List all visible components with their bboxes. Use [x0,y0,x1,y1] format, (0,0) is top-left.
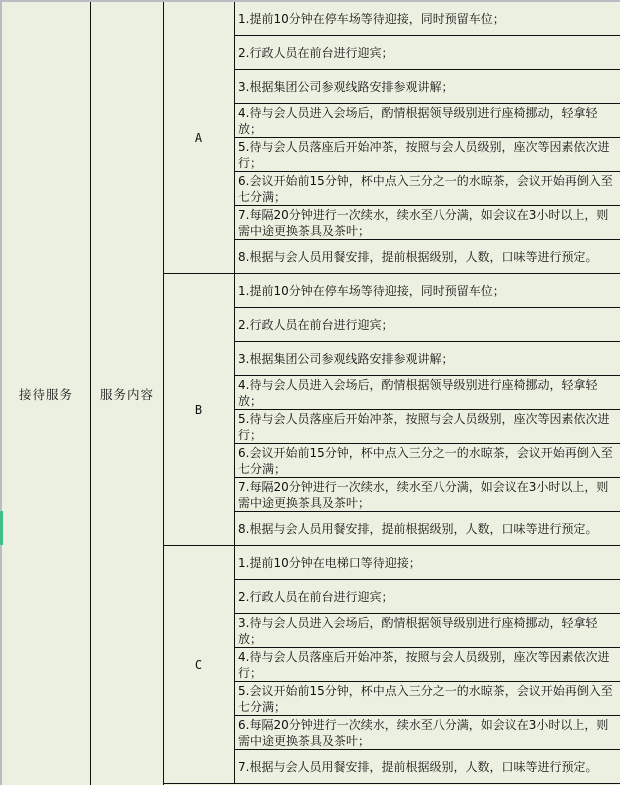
list-item[interactable]: 8.根据与会人员用餐安排，提前根据级别，人数，口味等进行预定。 [235,240,620,273]
list-item[interactable]: 6.每隔20分钟进行一次续水，续水至八分满，如会议在3小时以上，则需中途更换茶具… [235,716,620,750]
item-text: 8.根据与会人员用餐安排，提前根据级别，人数，口味等进行预定。 [238,521,597,537]
spreadsheet: 接待服务 服务内容 A 1.提前10分钟在停车场等待迎接，同时预留车位； 2.行… [0,0,620,785]
section-label: B [195,403,202,417]
category-label: 接待服务 [19,385,73,403]
list-item[interactable]: 7.每隔20分钟进行一次续水，续水至八分满，如会议在3小时以上，则需中途更换茶具… [235,478,620,512]
list-item[interactable]: 2.行政人员在前台进行迎宾； [235,308,620,342]
list-item[interactable]: 4.待与会人员进入会场后，酌情根据领导级别进行座椅挪动，轻拿轻放； [235,376,620,410]
list-item[interactable]: 8.根据与会人员用餐安排，提前根据级别，人数，口味等进行预定。 [235,512,620,545]
item-text: 4.待与会人员进入会场后，酌情根据领导级别进行座椅挪动，轻拿轻放； [238,105,617,137]
section-c: C 1.提前10分钟在电梯口等待迎接； 2.行政人员在前台进行迎宾； 3.待与会… [163,546,620,784]
item-text: 2.行政人员在前台进行迎宾； [238,317,393,333]
list-item[interactable]: 3.根据集团公司参观线路安排参观讲解； [235,70,620,104]
section-a: A 1.提前10分钟在停车场等待迎接，同时预留车位； 2.行政人员在前台进行迎宾… [163,2,620,274]
item-text: 4.待与会人员进入会场后，酌情根据领导级别进行座椅挪动，轻拿轻放； [238,377,617,409]
section-items: 1.提前10分钟在停车场等待迎接，同时预留车位； 2.行政人员在前台进行迎宾； … [234,274,620,545]
item-text: 7.每隔20分钟进行一次续水，续水至八分满，如会议在3小时以上，则需中途更换茶具… [238,479,617,511]
list-item[interactable]: 1.提前10分钟在电梯口等待迎接； [235,546,620,580]
item-text: 3.根据集团公司参观线路安排参观讲解； [238,79,453,95]
section-label-cell[interactable]: A [163,2,234,273]
list-item[interactable]: 5.会议开始前15分钟，杯中点入三分之一的水晾茶，会议开始再倒入至七分满； [235,682,620,716]
list-item[interactable]: 6.会议开始前15分钟，杯中点入三分之一的水晾茶，会议开始再倒入至七分满； [235,172,620,206]
list-item[interactable]: 7.根据与会人员用餐安排，提前根据级别，人数，口味等进行预定。 [235,750,620,783]
list-item[interactable]: 5.待与会人员落座后开始冲茶，按照与会人员级别，座次等因素依次进行； [235,138,620,172]
list-item[interactable]: 5.待与会人员落座后开始冲茶，按照与会人员级别，座次等因素依次进行； [235,410,620,444]
item-text: 2.行政人员在前台进行迎宾； [238,589,393,605]
section-label-cell[interactable]: B [163,274,234,545]
item-text: 7.每隔20分钟进行一次续水，续水至八分满，如会议在3小时以上，则需中途更换茶具… [238,207,617,239]
category-cell[interactable]: 接待服务 [2,2,90,785]
section-label-cell[interactable]: C [163,546,234,783]
item-text: 3.根据集团公司参观线路安排参观讲解； [238,351,453,367]
list-item[interactable]: 7.每隔20分钟进行一次续水，续水至八分满，如会议在3小时以上，则需中途更换茶具… [235,206,620,240]
list-item[interactable]: 3.根据集团公司参观线路安排参观讲解； [235,342,620,376]
item-text: 1.提前10分钟在停车场等待迎接，同时预留车位； [238,11,505,27]
item-text: 3.待与会人员进入会场后，酌情根据领导级别进行座椅挪动，轻拿轻放； [238,615,617,647]
subcategory-label: 服务内容 [100,385,154,403]
item-text: 6.每隔20分钟进行一次续水，续水至八分满，如会议在3小时以上，则需中途更换茶具… [238,717,617,749]
section-label: A [195,131,202,145]
item-text: 1.提前10分钟在电梯口等待迎接； [238,555,421,571]
item-text: 8.根据与会人员用餐安排，提前根据级别，人数，口味等进行预定。 [238,249,597,265]
item-text: 5.待与会人员落座后开始冲茶，按照与会人员级别，座次等因素依次进行； [238,139,617,171]
list-item[interactable]: 4.待与会人员进入会场后，酌情根据领导级别进行座椅挪动，轻拿轻放； [235,104,620,138]
section-b: B 1.提前10分钟在停车场等待迎接，同时预留车位； 2.行政人员在前台进行迎宾… [163,274,620,546]
item-text: 6.会议开始前15分钟，杯中点入三分之一的水晾茶，会议开始再倒入至七分满； [238,445,617,477]
item-text: 2.行政人员在前台进行迎宾； [238,45,393,61]
list-item[interactable]: 2.行政人员在前台进行迎宾； [235,36,620,70]
list-item[interactable]: 2.行政人员在前台进行迎宾； [235,580,620,614]
item-text: 6.会议开始前15分钟，杯中点入三分之一的水晾茶，会议开始再倒入至七分满； [238,173,617,205]
section-items: 1.提前10分钟在电梯口等待迎接； 2.行政人员在前台进行迎宾； 3.待与会人员… [234,546,620,783]
item-text: 1.提前10分钟在停车场等待迎接，同时预留车位； [238,283,505,299]
list-item[interactable]: 3.待与会人员进入会场后，酌情根据领导级别进行座椅挪动，轻拿轻放； [235,614,620,648]
item-text: 5.待与会人员落座后开始冲茶，按照与会人员级别，座次等因素依次进行； [238,411,617,443]
list-item[interactable]: 1.提前10分钟在停车场等待迎接，同时预留车位； [235,2,620,36]
list-item[interactable]: 4.待与会人员落座后开始冲茶，按照与会人员级别，座次等因素依次进行； [235,648,620,682]
section-items: 1.提前10分钟在停车场等待迎接，同时预留车位； 2.行政人员在前台进行迎宾； … [234,2,620,273]
list-item[interactable]: 1.提前10分钟在停车场等待迎接，同时预留车位； [235,274,620,308]
item-text: 4.待与会人员落座后开始冲茶，按照与会人员级别，座次等因素依次进行； [238,649,617,681]
item-text: 7.根据与会人员用餐安排，提前根据级别，人数，口味等进行预定。 [238,759,597,775]
list-item[interactable]: 6.会议开始前15分钟，杯中点入三分之一的水晾茶，会议开始再倒入至七分满； [235,444,620,478]
subcategory-cell[interactable]: 服务内容 [91,2,163,785]
section-label: C [195,658,202,672]
item-text: 5.会议开始前15分钟，杯中点入三分之一的水晾茶，会议开始再倒入至七分满； [238,683,617,715]
